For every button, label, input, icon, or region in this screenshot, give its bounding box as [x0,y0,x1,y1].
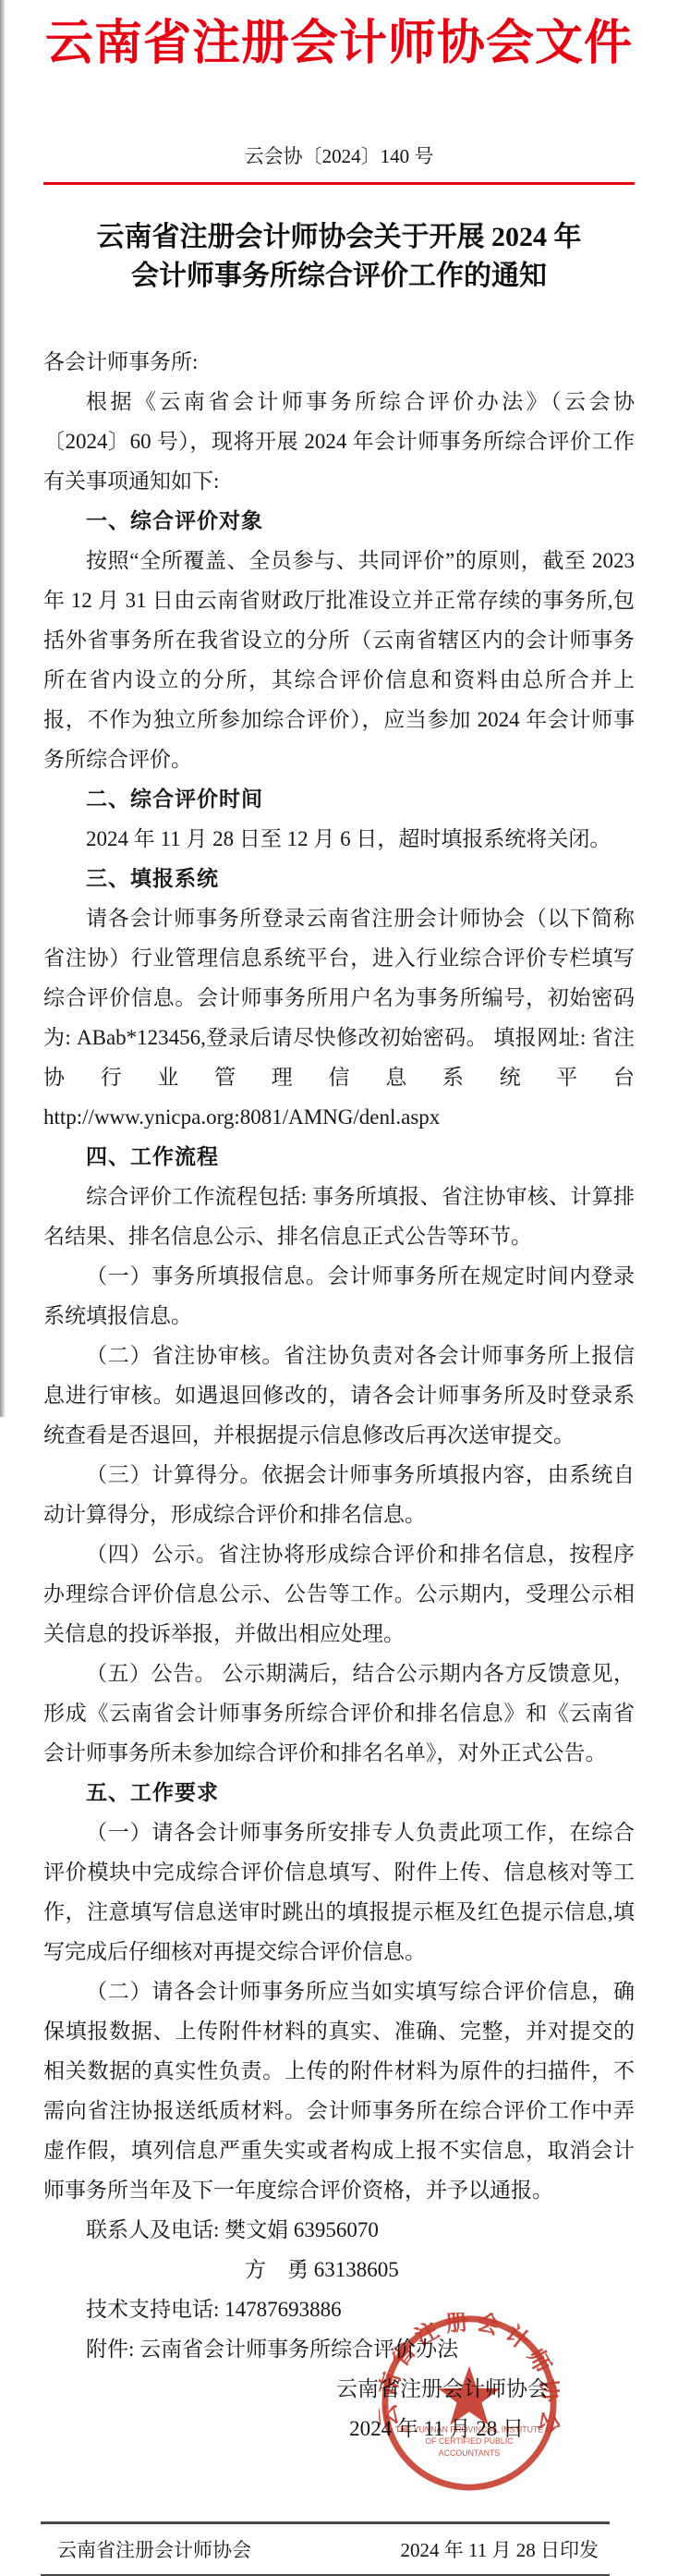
signature-org-name: 云南省注册会计师协会 [43,2369,635,2409]
section-3-heading: 三、填报系统 [43,859,635,898]
document-title: 云南省注册会计师协会关于开展 2024 年会计师事务所综合评价工作的通知 [28,218,650,296]
section-2-paragraph: 2024 年 11 月 28 日至 12 月 6 日，超时填报系统将关闭。 [43,819,635,859]
document-page: 云南省注册会计师协会文件 云会协〔2024〕140 号 云南省注册会计师协会关于… [0,0,678,2576]
footer-issuer: 云南省注册会计师协会 [57,2535,251,2563]
document-body: 各会计师事务所: 根据《云南省会计师事务所综合评价办法》（云会协〔2024〕60… [43,342,635,2448]
header-divider [43,182,635,185]
section-4-paragraph-2: （二）省注协审核。省注协负责对各会计师事务所上报信息进行审核。如遇退回修改的，请… [43,1336,635,1455]
section-4-paragraph-5: （五）公告。 公示期满后，结合公示期内各方反馈意见，形成《云南省会计师事务所综合… [43,1654,635,1773]
document-header-title: 云南省注册会计师协会文件 [9,15,669,74]
intro-paragraph: 根据《云南省会计师事务所综合评价办法》（云会协〔2024〕60 号），现将开展 … [43,382,635,501]
signature-date: 2024 年 11 月 28 日 [43,2409,635,2448]
section-4-paragraph-1: （一）事务所填报信息。会计师事务所在规定时间内登录系统填报信息。 [43,1256,635,1336]
seal-english-line3: ACCOUNTANTS [439,2448,501,2458]
section-3-paragraph: 请各会计师事务所登录云南省注册会计师协会（以下简称省注协）行业管理信息系统平台，… [43,898,635,1137]
salutation: 各会计师事务所: [43,342,635,382]
section-1-paragraph: 按照“全所覆盖、全员参与、共同评价”的原则，截至 2023 年 12 月 31 … [43,541,635,779]
section-4-paragraph-4: （四）公示。省注协将形成综合评价和排名信息，按程序办理综合评价信息公示、公告等工… [43,1534,635,1654]
section-4-paragraph-3: （三）计算得分。依据会计师事务所填报内容，由系统自动计算得分，形成综合评价和排名… [43,1455,635,1534]
section-1-heading: 一、综合评价对象 [43,501,635,541]
document-title-line1: 云南省注册会计师协会关于开展 2024 年 [97,222,582,252]
section-4-paragraph-intro: 综合评价工作流程包括: 事务所填报、省注协审核、计算排名结果、排名信息公示、排名… [43,1177,635,1256]
footer-row: 云南省注册会计师协会 2024 年 11 月 28 日印发 [41,2524,610,2572]
section-2-heading: 二、综合评价时间 [43,779,635,819]
section-5-paragraph-2: （二）请各会计师事务所应当如实填写综合评价信息，确保填报数据、上传附件材料的真实… [43,1972,635,2210]
section-4-heading: 四、工作流程 [43,1137,635,1177]
document-footer: 云南省注册会计师协会 2024 年 11 月 28 日印发 [41,2521,610,2576]
footer-print-date: 2024 年 11 月 28 日印发 [401,2535,599,2563]
attachment-line: 附件: 云南省会计师事务所综合评价办法 [43,2329,635,2369]
section-5-heading: 五、工作要求 [43,1773,635,1813]
doc-number: 云会协〔2024〕140 号 [0,142,678,170]
section-5-paragraph-1: （一）请各会计师事务所安排专人负责此项工作，在综合评价模块中完成综合评价信息填写… [43,1813,635,1972]
contact-line-primary: 联系人及电话: 樊文娟 63956070 [43,2210,635,2250]
contact-line-secondary: 方 勇 63138605 [43,2250,635,2289]
contact-line-tech-support: 技术支持电话: 14787693886 [43,2289,635,2329]
document-title-line2: 会计师事务所综合评价工作的通知 [131,261,547,291]
